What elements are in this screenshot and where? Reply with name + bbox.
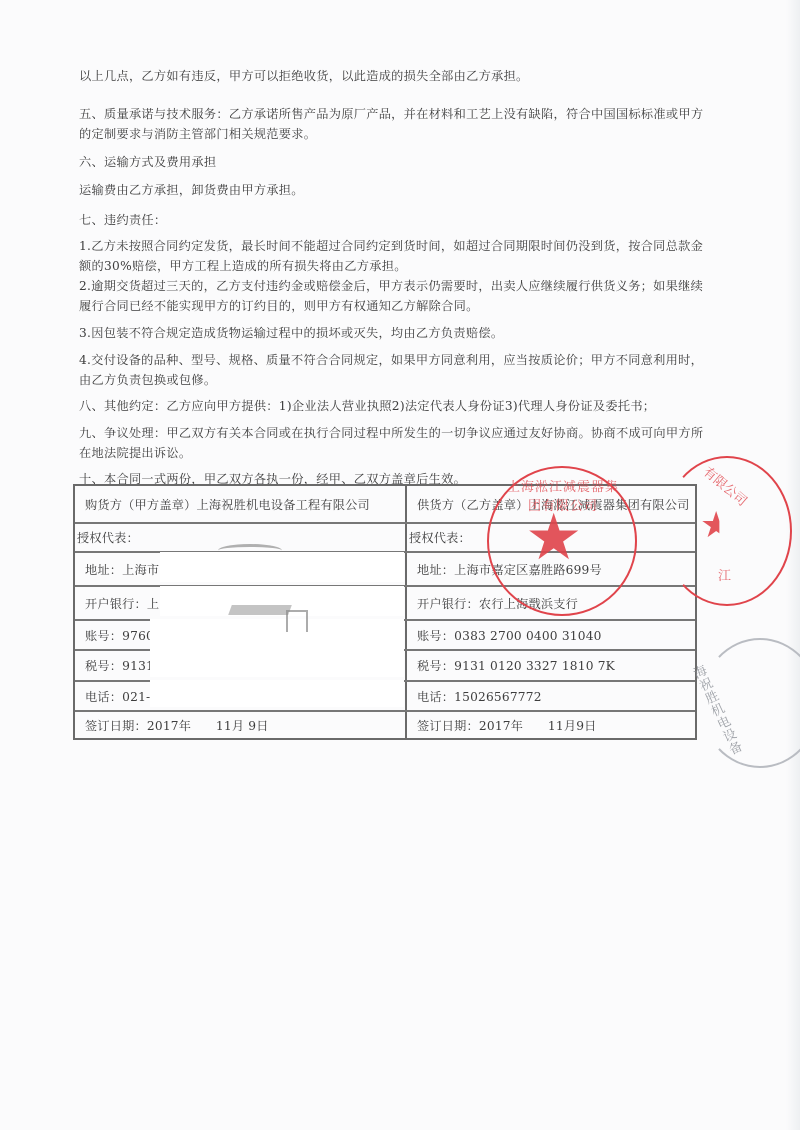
stamp-remnant-glyph [286, 610, 308, 632]
redaction-block [150, 619, 404, 677]
supplier-tax-id: 税号：9131 0120 3327 1810 7K [407, 651, 695, 680]
clause-transport: 运输费由乙方承担，卸货费由甲方承担。 [79, 180, 704, 200]
clause-breach-heading: 七、违约责任： [79, 210, 704, 230]
stamp-remnant-mark [228, 605, 292, 615]
redaction-block [160, 552, 404, 582]
stamp-text: 上海淞江减震器集团有限公司 [503, 476, 623, 514]
clause-breach-4: 4.交付设备的品种、型号、规格、质量不符合合同规定，如果甲方同意利用，应当按质论… [79, 350, 704, 390]
supplier-phone: 电话：15026567772 [407, 682, 695, 710]
supplier-sign-date: 签订日期：2017年 11月9日 [407, 712, 695, 738]
clause-other: 八、其他约定：乙方应向甲方提供：1)企业法人营业执照2)法定代表人身份证3)代理… [79, 396, 704, 416]
supplier-account: 账号：0383 2700 0400 31040 [407, 621, 695, 649]
clause-breach-1: 1.乙方未按照合同约定发货，最长时间不能超过合同约定到货时间，如超过合同期限时间… [79, 236, 704, 276]
clause-breach-3: 3.因包装不符合规定造成货物运输过程中的损坏或灭失，均由乙方负责赔偿。 [79, 323, 704, 343]
redaction-block [150, 680, 404, 707]
table-row: 签订日期：2017年 11月 9日 签订日期：2017年 11月9日 [75, 710, 695, 738]
buyer-sign-date: 签订日期：2017年 11月 9日 [75, 712, 407, 738]
clause-quality: 五、质量承诺与技术服务：乙方承诺所售产品为原厂产品，并在材料和工艺上没有缺陷，符… [79, 104, 704, 144]
contract-page: 以上几点，乙方如有违反，甲方可以拒绝收货，以此造成的损失全部由乙方承担。 五、质… [0, 0, 800, 1130]
stamp-remnant-arc [218, 544, 282, 557]
buyer-party: 购货方（甲方盖章）上海祝胜机电设备工程有限公司 [75, 486, 407, 522]
clause-breach-2: 2.逾期交货超过三天的，乙方支付违约金或赔偿金后，甲方表示仍需要时，出卖人应继续… [79, 276, 704, 316]
clause-dispute: 九、争议处理：甲乙双方有关本合同或在执行合同过程中所发生的一切争议应通过友好协商… [79, 423, 704, 463]
edge-stamp-text-2: 江 [718, 565, 731, 584]
stamp-star-icon: ★ [525, 506, 582, 570]
clause-summary: 以上几点，乙方如有违反，甲方可以拒绝收货，以此造成的损失全部由乙方承担。 [79, 66, 704, 86]
page-edge-shadow [786, 0, 800, 1130]
clause-transport-heading: 六、运输方式及费用承担 [79, 152, 704, 172]
